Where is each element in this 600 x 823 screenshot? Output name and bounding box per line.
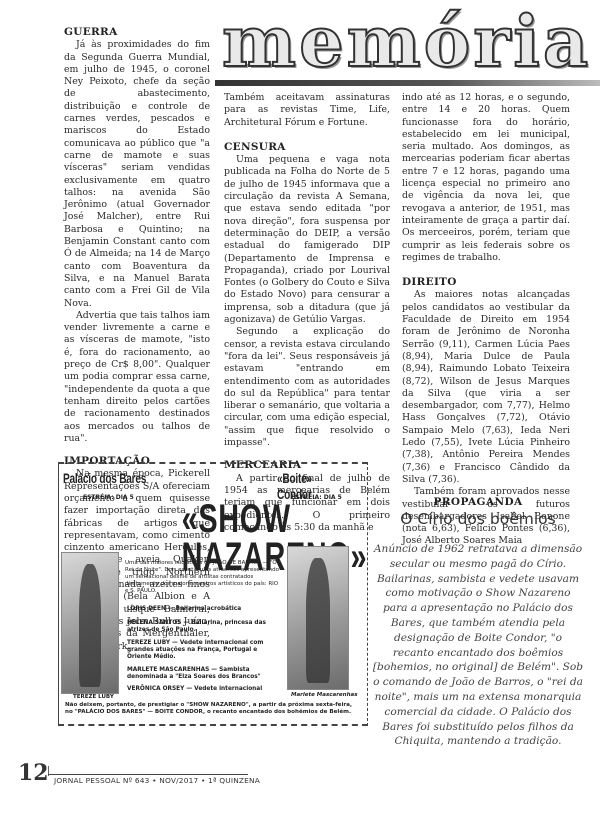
heading-direito: DIREITO — [402, 276, 570, 288]
paragraph: Uma pequena e vaga nota publicada na Fol… — [224, 154, 390, 326]
folio-text: JORNAL PESSOAL Nº 643 • NOV/2017 • 1ª QU… — [54, 776, 260, 785]
ad-venue-left: Palácio dos Bares — [63, 470, 146, 486]
photo-marlete-mascarenhas — [287, 546, 349, 690]
ad-caption-left: TEREZE LUBY — [73, 694, 114, 700]
sidebar-kicker: PROPAGANDA — [372, 496, 584, 508]
section-title: memória — [222, 6, 592, 78]
ad-headline-line1: «SHOW — [182, 500, 283, 538]
paragraph: As maiores notas alcançadas pelos candid… — [402, 289, 570, 486]
header-rule — [215, 80, 600, 86]
ad-performer: HELENA SANTOS — Bailarina, princesa das … — [127, 620, 283, 634]
ad-performer: TEREZE LUBY — Vedete internacional com g… — [127, 640, 283, 661]
ad-intro-text: Uma das maiores iniciativas de JOÃO DE B… — [125, 560, 283, 595]
folio-rule — [48, 774, 248, 775]
ad-performer: VERÔNICA ORSEY — Vedete internacional — [127, 686, 283, 693]
paragraph: Também aceitavam assinaturas para as rev… — [224, 92, 390, 129]
page-number: 12 — [18, 760, 49, 786]
ad-caption-right: Marlete Mascarenhas — [291, 692, 357, 698]
sidebar-text: Anúncio de 1962 retratava a dimensão sec… — [372, 542, 584, 749]
sidebar-caption-box: PROPAGANDA O Círio dos boêmios Anúncio d… — [372, 496, 584, 749]
ad-estreia-right: ESTRÉIA: DIA 5 — [291, 494, 342, 501]
sidebar-title: O Círio dos boêmios — [372, 510, 584, 528]
paragraph: Já às proximidades do fim da Segunda Gue… — [64, 39, 210, 310]
paragraph: Advertia que tais talhos iam vender livr… — [64, 310, 210, 445]
ad-performer: MARLETE MASCARENHAS — Sambista denominad… — [127, 667, 283, 681]
photo-tereze-luby — [61, 552, 119, 694]
ad-performer: LORIS DEEN — Bailarina acrobática — [127, 606, 283, 613]
heading-guerra: GUERRA — [64, 26, 210, 38]
vintage-advertisement: Palácio dos Bares «Boite» Condor ESTRÉIA… — [58, 462, 368, 726]
paragraph: Segundo a explicação do censor, a revist… — [224, 326, 390, 449]
heading-censura: CENSURA — [224, 141, 390, 153]
ad-footer-text: Não deixem, portanto, de prestigiar o "S… — [65, 702, 361, 716]
paragraph: indo até as 12 horas, e o segundo, entre… — [402, 92, 570, 264]
column-3: indo até as 12 horas, e o segundo, entre… — [402, 92, 570, 548]
ad-estreia-left: ESTRÉIA: DIA 5 — [83, 494, 134, 501]
